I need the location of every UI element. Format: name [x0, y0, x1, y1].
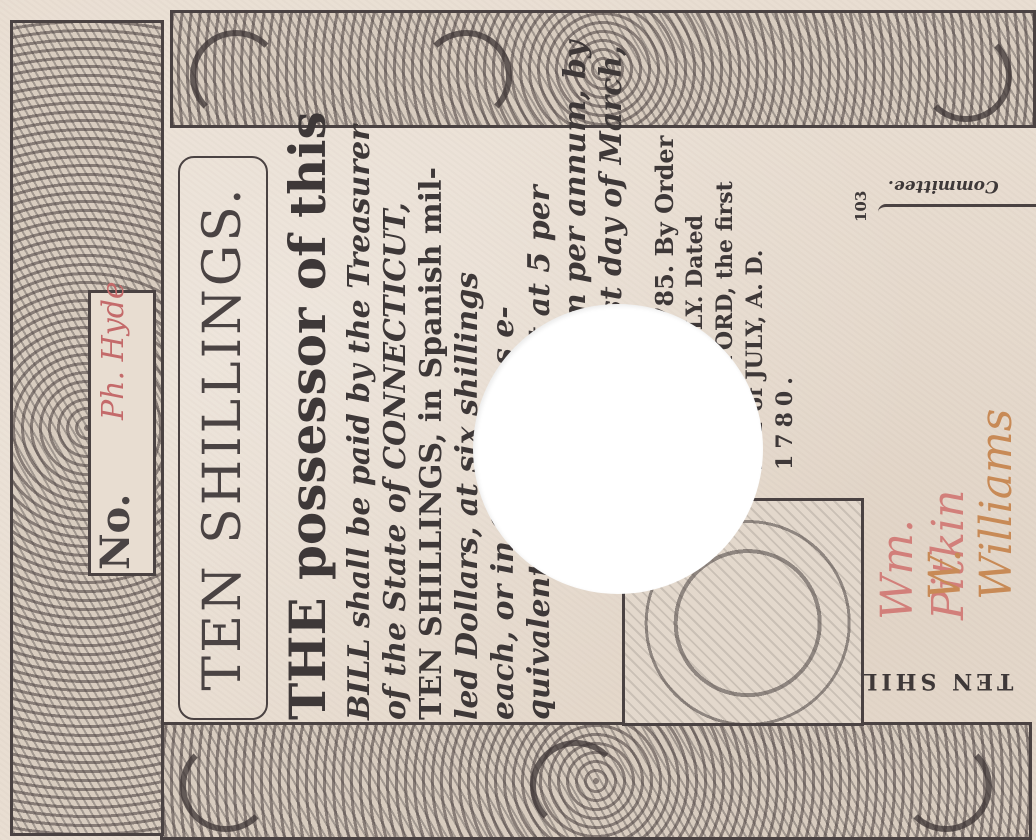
scroll-ornament-icon [180, 740, 272, 832]
text-line-4: TEN SHILLINGS, in Spanish mil- [414, 167, 449, 720]
scroll-ornament-icon [900, 740, 992, 832]
punched-hole [473, 304, 763, 594]
text-line-1: THE possessor of this [278, 111, 337, 720]
denomination-box: TEN SHILLINGS. [178, 156, 268, 720]
scroll-ornament-icon [530, 740, 622, 832]
inverted-denomination: TEN SHIL [858, 668, 1013, 694]
denomination-text: TEN SHILLINGS. [193, 185, 253, 690]
number-label: No. [92, 490, 139, 570]
scroll-ornament-icon [190, 30, 282, 122]
committee-label: Committee. [888, 176, 999, 196]
text-line-5: led Dollars, at six shillings [450, 272, 485, 720]
brace-icon [878, 204, 1036, 221]
scroll-ornament-icon [920, 30, 1012, 122]
signature-2: W. Williams [920, 409, 1022, 600]
scroll-ornament-icon [420, 30, 512, 122]
text-line-14: 1780. [772, 371, 798, 470]
text-line-2: BILL shall be paid by the Treasurer [342, 125, 377, 720]
serial-signature: Ph. Hyde [96, 280, 131, 420]
margin-number: 103 [852, 191, 870, 222]
committee-bracket-group: Committee. [870, 168, 1030, 218]
text-line-3: of the State of CONNECTICUT, [378, 202, 413, 720]
